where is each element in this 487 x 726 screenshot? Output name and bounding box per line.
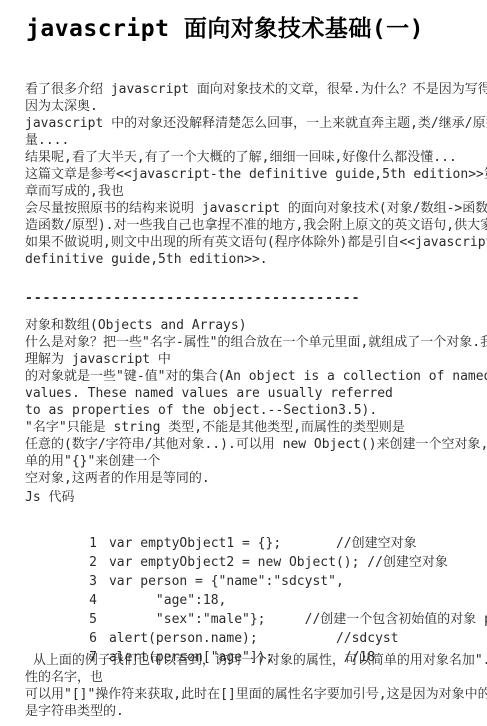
section-heading: 对象和数组(Objects and Arrays) (25, 317, 467, 334)
text-line: 什么是对象？把一些"名字-属性"的组合放在一个单元里面,就组成了一个对象.我们可… (25, 334, 467, 351)
code-line: 1var emptyObject1 = {}; //创建空对象 (38, 515, 467, 534)
text-line: 这篇文章是参考<<javascript-the definitive guide… (25, 166, 467, 183)
outro-paragraph: 从上面的例子我们也可以看到，访问一个对象的属性，可以简单的用对象名加"."后加属… (25, 652, 467, 720)
text-line: 章而写成的,我也 (25, 183, 467, 200)
text-line: 是字符串类型的. (25, 703, 467, 720)
code-text: "sex":"male"}; //创建一个包含初始值的对象 person (109, 612, 487, 627)
line-number: 6 (85, 629, 97, 648)
text-line: 看了很多介绍 javascript 面向对象技术的文章，很晕.为什么？不是因为写… (25, 81, 467, 98)
code-text: alert(person.name); //sdcyst (109, 631, 399, 646)
code-text: var person = {"name":"sdcyst", (109, 574, 344, 589)
text-line: 理解为 javascript 中 (25, 351, 467, 368)
line-number: 2 (85, 553, 97, 572)
code-text: var emptyObject2 = new Object(); //创建空对象 (109, 555, 448, 570)
text-line: 空对象,这两者的作用是等同的. (25, 470, 467, 487)
text-line: values. These named values are usually r… (25, 385, 467, 402)
code-text: "age":18, (109, 593, 226, 608)
text-line: 结果呢,看了大半天,有了一个大概的了解,细细一回味,好像什么都没懂... (25, 149, 467, 166)
text-line: 性的名字，也 (25, 669, 467, 686)
dashed-separator: -------------------------------------- (25, 290, 467, 307)
text-line: 造函数/原型).对一些我自己也拿捏不准的地方,我会附上原文的英文语句,供大家参考… (25, 217, 467, 234)
code-block: 1var emptyObject1 = {}; //创建空对象 2var emp… (25, 515, 467, 648)
text-line: 会尽量按照原书的结构来说明 javascript 的面向对象技术(对象/数组->… (25, 200, 467, 217)
text-line: 可以用"[]"操作符来获取,此时在[]里面的属性名字要加引号,这是因为对象中的索… (25, 686, 467, 703)
text-line: to as properties of the object.--Section… (25, 402, 467, 419)
text-line: 任意的(数字/字符串/其他对象..).可以用 new Object()来创建一个… (25, 436, 467, 453)
text-line: 单的用"{}"来创建一个 (25, 453, 467, 470)
text-line: 从上面的例子我们也可以看到，访问一个对象的属性，可以简单的用对象名加"."后加属 (25, 652, 467, 669)
page-title: javascript 面向对象技术基础(一) (26, 10, 467, 43)
line-number: 5 (85, 610, 97, 629)
article: javascript 面向对象技术基础(一) 看了很多介绍 javascript… (0, 0, 487, 720)
text-line: "名字"只能是 string 类型,不能是其他类型,而属性的类型则是 (25, 419, 467, 436)
objects-arrays-section: 对象和数组(Objects and Arrays) 什么是对象？把一些"名字-属… (25, 317, 467, 487)
intro-paragraph: 看了很多介绍 javascript 面向对象技术的文章，很晕.为什么？不是因为写… (25, 81, 467, 268)
line-number: 4 (85, 591, 97, 610)
text-line: javascript 中的对象还没解释清楚怎么回事，一上来就直奔主题,类/继承/… (25, 115, 467, 132)
code-block-label: Js 代码 (25, 489, 467, 506)
line-number: 1 (85, 534, 97, 553)
code-text: var emptyObject1 = {}; //创建空对象 (109, 536, 417, 551)
line-number: 3 (85, 572, 97, 591)
text-line: 的对象就是一些"键-值"对的集合(An object is a collecti… (25, 368, 467, 385)
text-line: 因为太深奥. (25, 98, 467, 115)
text-line: 如果不做说明,则文中出现的所有英文语句(程序体除外)都是引自<<javascri… (25, 234, 467, 251)
text-line: 量.... (25, 132, 467, 149)
document-page: { "title": "javascript 面向对象技术基础(一)", "in… (0, 0, 487, 726)
text-line: definitive guide,5th edition>>. (25, 251, 467, 268)
